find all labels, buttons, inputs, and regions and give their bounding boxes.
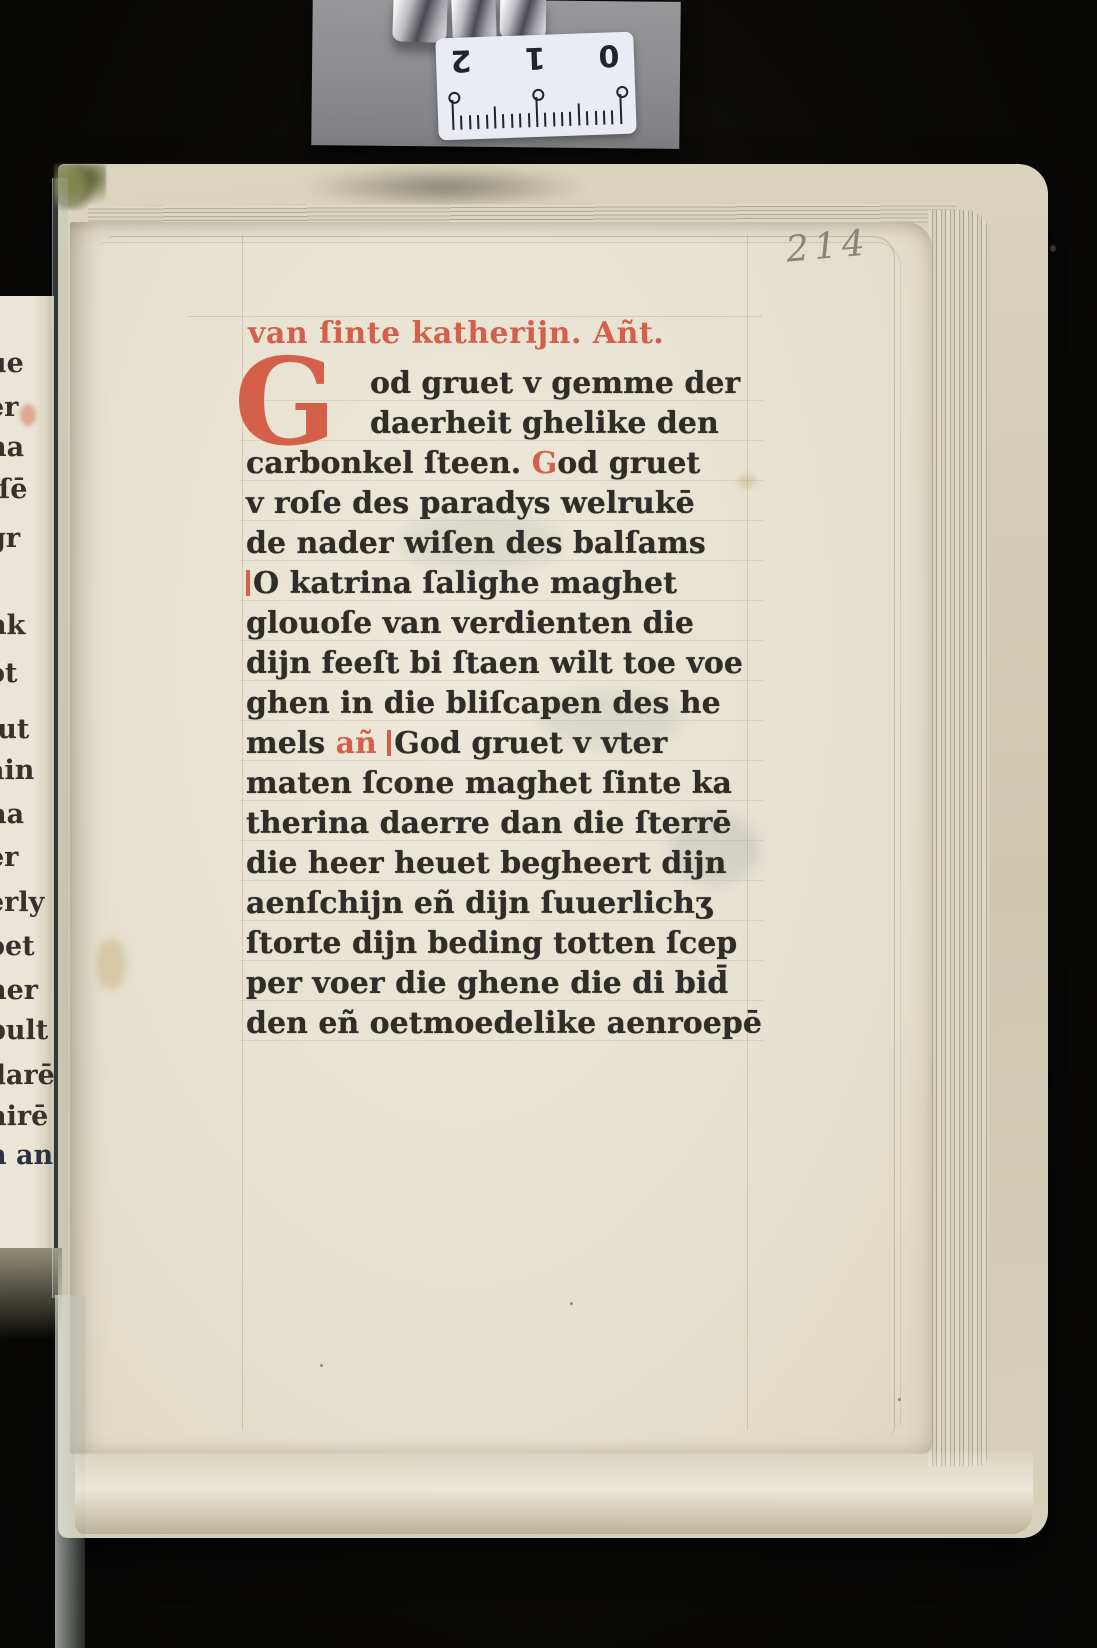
cover-sheen <box>75 1452 1033 1534</box>
ruler-tick <box>544 113 546 127</box>
scale-number: 2 <box>449 43 472 78</box>
text-segment: daerheit ghelike den <box>370 406 719 441</box>
text-line: mels añ God gruet v vter <box>246 726 754 766</box>
margin-fragment: ha <box>0 799 24 830</box>
ruler-tick <box>595 111 597 125</box>
text-segment: od gruet v gemme der <box>370 366 740 401</box>
ruler-tick <box>553 112 555 126</box>
ruler-tick <box>460 116 462 130</box>
text-line: therina daerre dan die ſterrē <box>246 806 754 846</box>
stain <box>96 938 126 990</box>
text-line: dijn feeſt bi ſtaen wilt toe voe <box>246 646 754 686</box>
margin-fragment: ner <box>0 975 38 1006</box>
text-segment: die heer heuet begheert dijn <box>246 846 726 881</box>
text-segment: ghen in die bliſcapen des he <box>246 686 721 721</box>
scale-number: 1 <box>523 41 546 76</box>
margin-fragment: oet <box>0 931 35 962</box>
margin-fragment: lut <box>0 714 29 745</box>
binder-clip-icon <box>500 0 547 39</box>
text-block: od gruet v gemme derdaerheit ghelike den… <box>246 366 754 1046</box>
text-segment: de nader wiſen des balſams <box>246 526 706 561</box>
text-segment: ſtorte dijn beding totten ſcep <box>246 926 737 961</box>
speck <box>570 1302 573 1305</box>
text-segment: den eñ oetmoedelike aenroepē <box>246 1006 762 1041</box>
text-segment: O katrina ſalighe maghet <box>253 566 677 601</box>
ruler-tick <box>577 103 580 125</box>
margin-fragment: ain <box>0 755 34 786</box>
ruler-tick <box>619 94 622 124</box>
ruler-ticks <box>451 76 623 130</box>
page-edges-fore-edge <box>928 210 990 1466</box>
manuscript-photo: { "photo": { "background_color": "#0b0a0… <box>0 0 1097 1648</box>
red-ink-fragment <box>20 404 36 426</box>
text-line: daerheit ghelike den <box>246 406 754 446</box>
ruler-tick <box>535 97 538 127</box>
margin-fragment: n an <box>0 1140 53 1171</box>
scale-bar: 210 <box>435 32 636 141</box>
text-line: glouoſe van verdienten die <box>246 606 754 646</box>
text-line: od gruet v gemme der <box>246 366 754 406</box>
text-segment: dijn feeſt bi ſtaen wilt toe voe <box>246 646 743 681</box>
binder-clip-icon <box>392 0 448 43</box>
text-line: maten ſcone maghet ſinte ka <box>246 766 754 806</box>
ruler-tick <box>502 114 504 128</box>
text-segment: G <box>532 446 558 481</box>
plexiglass-strip <box>52 178 68 1298</box>
ruler-tick <box>561 112 563 126</box>
cover-smudge <box>300 166 590 208</box>
text-line: per voer die ghene die di bid̄ <box>246 966 754 1006</box>
margin-fragment: nk <box>0 610 25 641</box>
ruler-tick <box>469 115 471 129</box>
margin-fragment: bult <box>0 1015 48 1046</box>
cover-fleck <box>1050 245 1056 252</box>
text-segment: therina daerre dan die ſterrē <box>246 806 731 841</box>
ruler-tick <box>603 111 605 125</box>
speck <box>898 1398 901 1401</box>
ruler-tick <box>569 112 571 126</box>
text-segment: aenſchijn eñ dijn ſuuerlichʒ <box>246 886 712 921</box>
scale-number: 0 <box>597 38 620 73</box>
margin-fragment: ſſē <box>0 474 27 505</box>
manuscript-page: 214 van ſinte katherijn. Añt. G od gruet… <box>70 222 932 1454</box>
ruler-tick <box>486 115 488 129</box>
margin-fragment: ot <box>0 658 17 689</box>
margin-fragment: erly <box>0 887 44 918</box>
margin-fragment: er <box>0 392 18 423</box>
margin-fragment: gr <box>0 523 20 554</box>
ruler-tick <box>477 115 479 129</box>
text-segment: per voer die ghene die di bid̄ <box>246 966 728 1001</box>
text-segment: glouoſe van verdienten die <box>246 606 694 641</box>
margin-fragment: ue <box>0 348 24 379</box>
ruler-tick <box>527 113 529 127</box>
text-segment: maten ſcone maghet ſinte ka <box>246 766 732 801</box>
text-segment <box>377 726 387 761</box>
text-segment: mels <box>246 726 336 761</box>
text-line: O katrina ſalighe maghet <box>246 566 754 606</box>
text-line: ghen in die bliſcapen des he <box>246 686 754 726</box>
text-line: den eñ oetmoedelike aenroepē <box>246 1006 754 1046</box>
text-line: ſtorte dijn beding totten ſcep <box>246 926 754 966</box>
margin-fragment: er <box>0 842 18 873</box>
text-line: die heer heuet begheert dijn <box>246 846 754 886</box>
folio-number: 214 <box>784 222 871 270</box>
scale-bar-numbers: 210 <box>449 38 620 78</box>
red-touch-mark <box>246 570 250 596</box>
ruler-tick <box>494 106 497 128</box>
text-line: v roſe des paradys welrukē <box>246 486 754 526</box>
text-segment: v roſe des paradys welrukē <box>246 486 695 521</box>
ruler-tick <box>519 114 521 128</box>
red-touch-mark <box>387 730 391 756</box>
text-segment: God gruet v vter <box>394 726 667 761</box>
text-segment: añ <box>336 726 377 761</box>
text-line: de nader wiſen des balſams <box>246 526 754 566</box>
ruler-tick <box>586 111 588 125</box>
ruler-tick <box>451 100 454 130</box>
speck <box>320 1364 323 1367</box>
margin-fragment: darē <box>0 1060 55 1091</box>
text-segment: od gruet <box>557 446 700 481</box>
ruler-tick <box>511 114 513 128</box>
text-line: aenſchijn eñ dijn ſuuerlichʒ <box>246 886 754 926</box>
margin-fragment: hirē <box>0 1101 48 1132</box>
margin-fragment: na <box>0 432 24 463</box>
text-line: carbonkel ſteen. God gruet <box>246 446 754 486</box>
ruler-tick <box>611 110 613 124</box>
text-segment: carbonkel ſteen. <box>246 446 532 481</box>
